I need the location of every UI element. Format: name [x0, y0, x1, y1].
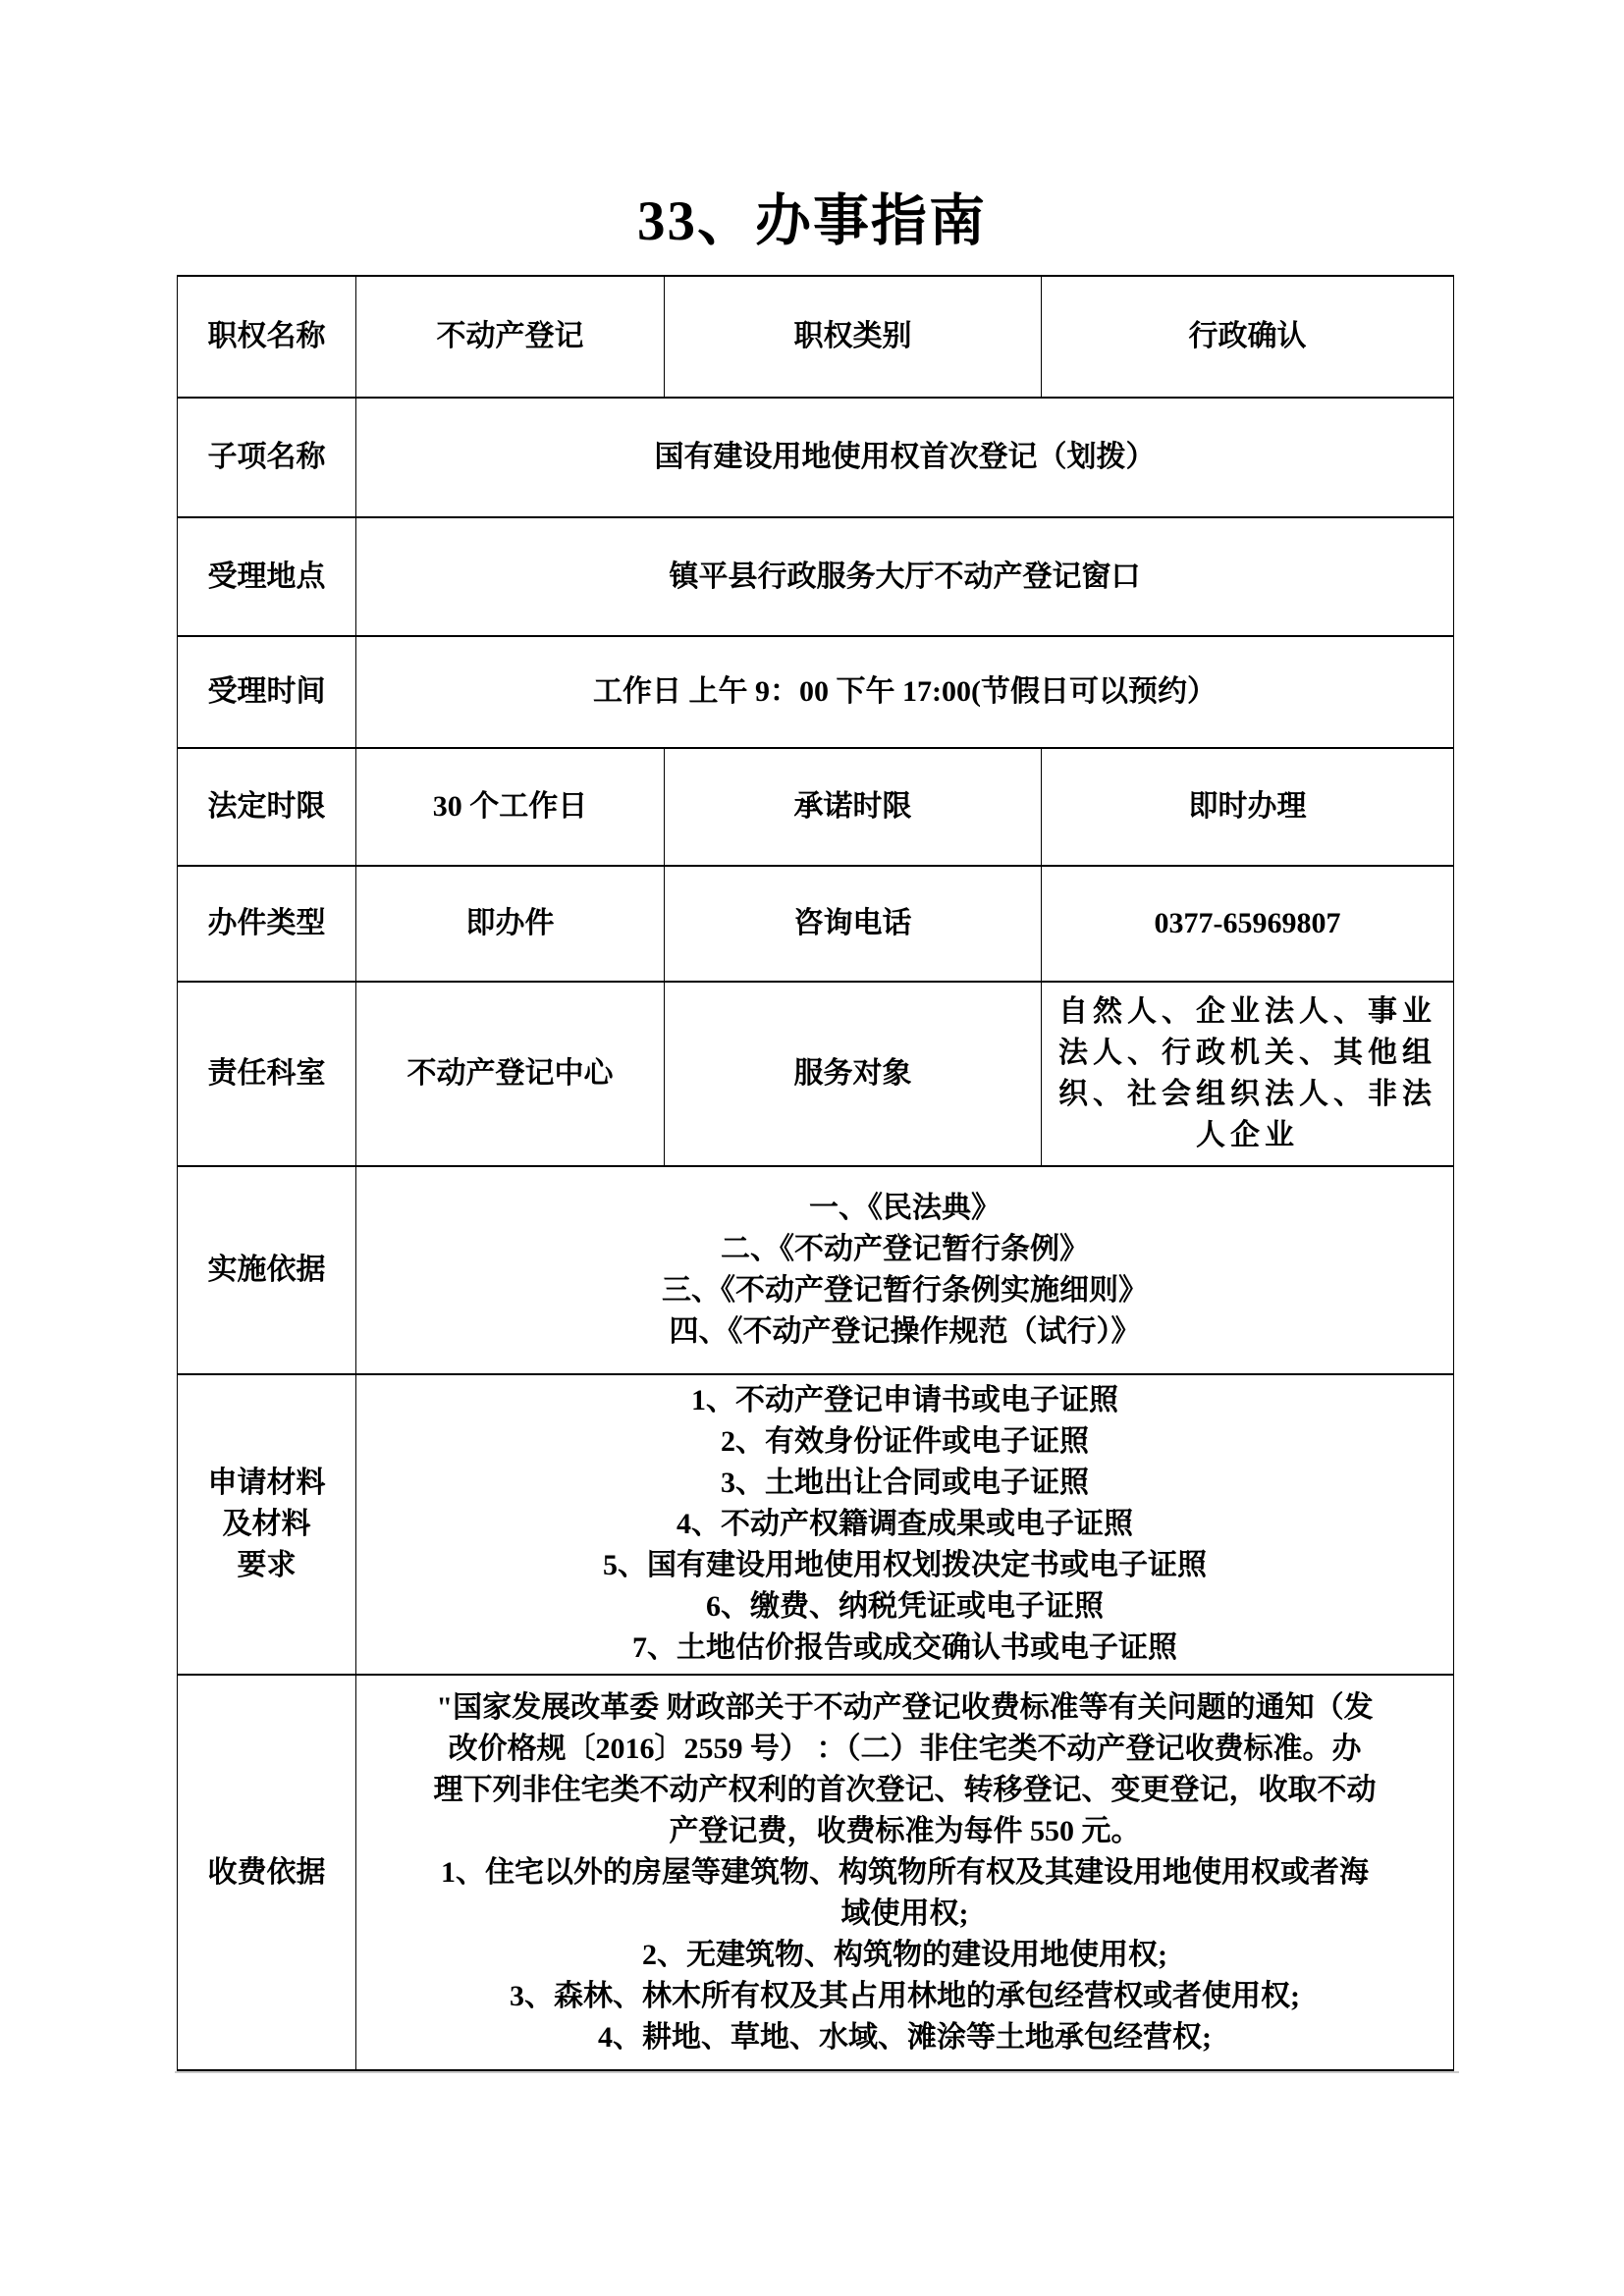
service-target-value: 自然人、企业法人、事业 法人、行政机关、其他组 织、社会组织法人、非法 人企业	[1042, 982, 1454, 1166]
page-title: 33、办事指南	[0, 183, 1624, 261]
responsible-dept-value: 不动产登记中心	[356, 982, 665, 1166]
service-guide-table: 职权名称 不动产登记 职权类别 行政确认 子项名称 国有建设用地使用权首次登记（…	[177, 275, 1454, 2071]
consult-phone-label: 咨询电话	[665, 866, 1042, 982]
statutory-limit-label: 法定时限	[178, 748, 356, 866]
table-row: 受理地点 镇平县行政服务大厅不动产登记窗口	[178, 517, 1454, 636]
acceptance-place-label: 受理地点	[178, 517, 356, 636]
implementation-basis-content: 一、《民法典》 二、《不动产登记暂行条例》 三、《不动产登记暂行条例实施细则》 …	[356, 1166, 1454, 1374]
application-materials-label: 申请材料 及材料 要求	[178, 1374, 356, 1675]
consult-phone-value: 0377-65969807	[1042, 866, 1454, 982]
table-row: 受理时间 工作日 上午 9：00 下午 17:00(节假日可以预约）	[178, 636, 1454, 748]
table-row: 收费依据 "国家发展改革委 财政部关于不动产登记收费标准等有关问题的通知（发 改…	[178, 1675, 1454, 2070]
promised-limit-value: 即时办理	[1042, 748, 1454, 866]
charging-basis-content: "国家发展改革委 财政部关于不动产登记收费标准等有关问题的通知（发 改价格规〔2…	[356, 1675, 1454, 2070]
charging-basis-label: 收费依据	[178, 1675, 356, 2070]
power-category-value: 行政确认	[1042, 276, 1454, 398]
power-category-label: 职权类别	[665, 276, 1042, 398]
table-row: 法定时限 30 个工作日 承诺时限 即时办理	[178, 748, 1454, 866]
acceptance-place-value: 镇平县行政服务大厅不动产登记窗口	[356, 517, 1454, 636]
handling-type-value: 即办件	[356, 866, 665, 982]
service-target-label: 服务对象	[665, 982, 1042, 1166]
scan-shadow-line	[175, 2071, 1459, 2073]
responsible-dept-label: 责任科室	[178, 982, 356, 1166]
table-row: 责任科室 不动产登记中心 服务对象 自然人、企业法人、事业 法人、行政机关、其他…	[178, 982, 1454, 1166]
power-name-label: 职权名称	[178, 276, 356, 398]
power-name-value: 不动产登记	[356, 276, 665, 398]
document-page: { "page_title": "33、办事指南", "colors": { "…	[0, 0, 1624, 2296]
subitem-name-value: 国有建设用地使用权首次登记（划拨）	[356, 398, 1454, 517]
promised-limit-label: 承诺时限	[665, 748, 1042, 866]
subitem-name-label: 子项名称	[178, 398, 356, 517]
acceptance-time-label: 受理时间	[178, 636, 356, 748]
table-row: 职权名称 不动产登记 职权类别 行政确认	[178, 276, 1454, 398]
implementation-basis-label: 实施依据	[178, 1166, 356, 1374]
table-row: 申请材料 及材料 要求 1、不动产登记申请书或电子证照 2、有效身份证件或电子证…	[178, 1374, 1454, 1675]
statutory-limit-value: 30 个工作日	[356, 748, 665, 866]
handling-type-label: 办件类型	[178, 866, 356, 982]
acceptance-time-value: 工作日 上午 9：00 下午 17:00(节假日可以预约）	[356, 636, 1454, 748]
table-row: 实施依据 一、《民法典》 二、《不动产登记暂行条例》 三、《不动产登记暂行条例实…	[178, 1166, 1454, 1374]
table-row: 办件类型 即办件 咨询电话 0377-65969807	[178, 866, 1454, 982]
application-materials-content: 1、不动产登记申请书或电子证照 2、有效身份证件或电子证照 3、土地出让合同或电…	[356, 1374, 1454, 1675]
table-row: 子项名称 国有建设用地使用权首次登记（划拨）	[178, 398, 1454, 517]
